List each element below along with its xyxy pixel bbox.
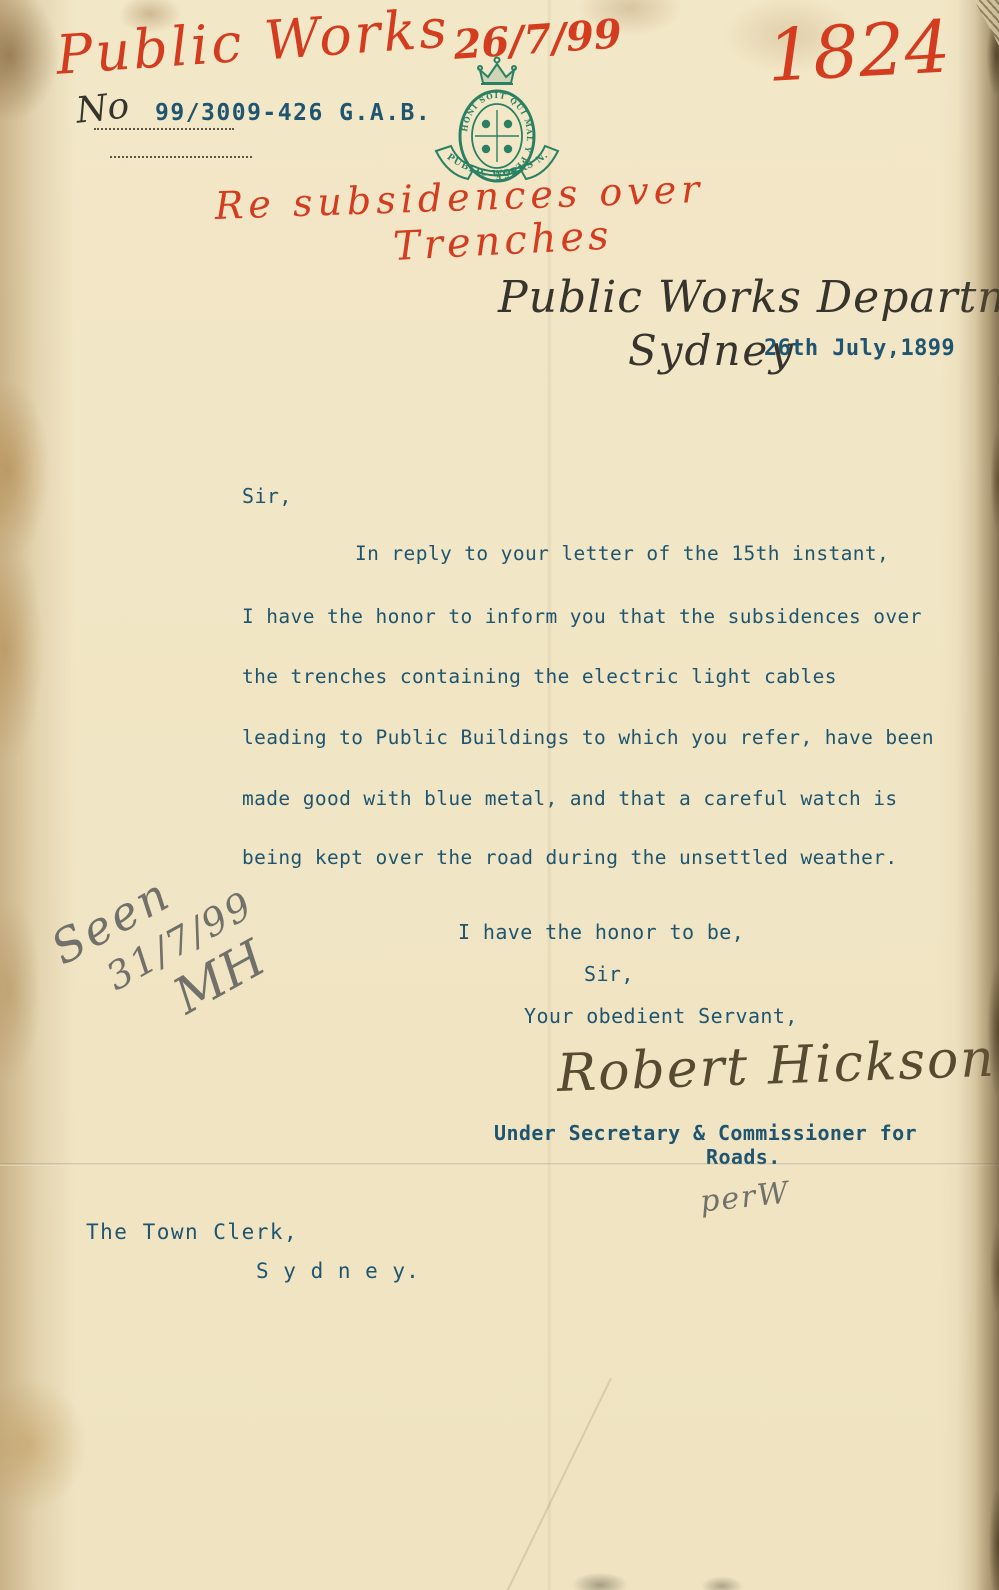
addressee-line-1: The Town Clerk, [86,1220,298,1244]
addressee-line-2: S y d n e y. [256,1259,420,1283]
salutation: Sir, [242,484,292,508]
body-line: I have the honor to inform you that the … [242,605,922,628]
subject-line-2: Trenches [392,213,614,270]
body-line: In reply to your letter of the 15th inst… [355,542,889,565]
body-line: made good with blue metal, and that a ca… [242,787,898,810]
body-line: leading to Public Buildings to which you… [242,726,934,749]
registry-file-number: 99/3009-426 G.A.B. [155,100,431,126]
registry-dept-script: Public Works [54,0,452,87]
torn-right-edge [957,0,999,1590]
fold-crease [0,1163,999,1166]
registry-folio-number: 1824 [765,4,952,97]
registry-no-label: No [74,85,131,131]
diagonal-crease [505,1378,612,1590]
closing-line: Sir, [584,962,634,986]
registry-dotted-line-1 [94,128,234,130]
letterhead-department: Public Works Department, [498,272,999,323]
registry-dotted-line-2 [110,156,252,158]
pencil-scribble: perW [698,1175,791,1219]
closing-line: I have the honor to be, [458,920,744,944]
letter-scan-page: Public Works No 99/3009-426 G.A.B. 26/7/… [0,0,999,1590]
signature-title-line-1: Under Secretary & Commissioner for [494,1121,917,1145]
body-line: the trenches containing the electric lig… [242,665,837,688]
public-works-crest-icon: HONI SOIT QUI MAL Y PENSE PUBLIC WORKS N… [430,56,565,196]
body-line: being kept over the road during the unse… [242,846,898,869]
letterhead-date: 26th July,1899 [764,336,955,361]
signature-robert-hickson: Robert Hickson [556,1029,997,1104]
closing-line: Your obedient Servant, [524,1004,798,1028]
